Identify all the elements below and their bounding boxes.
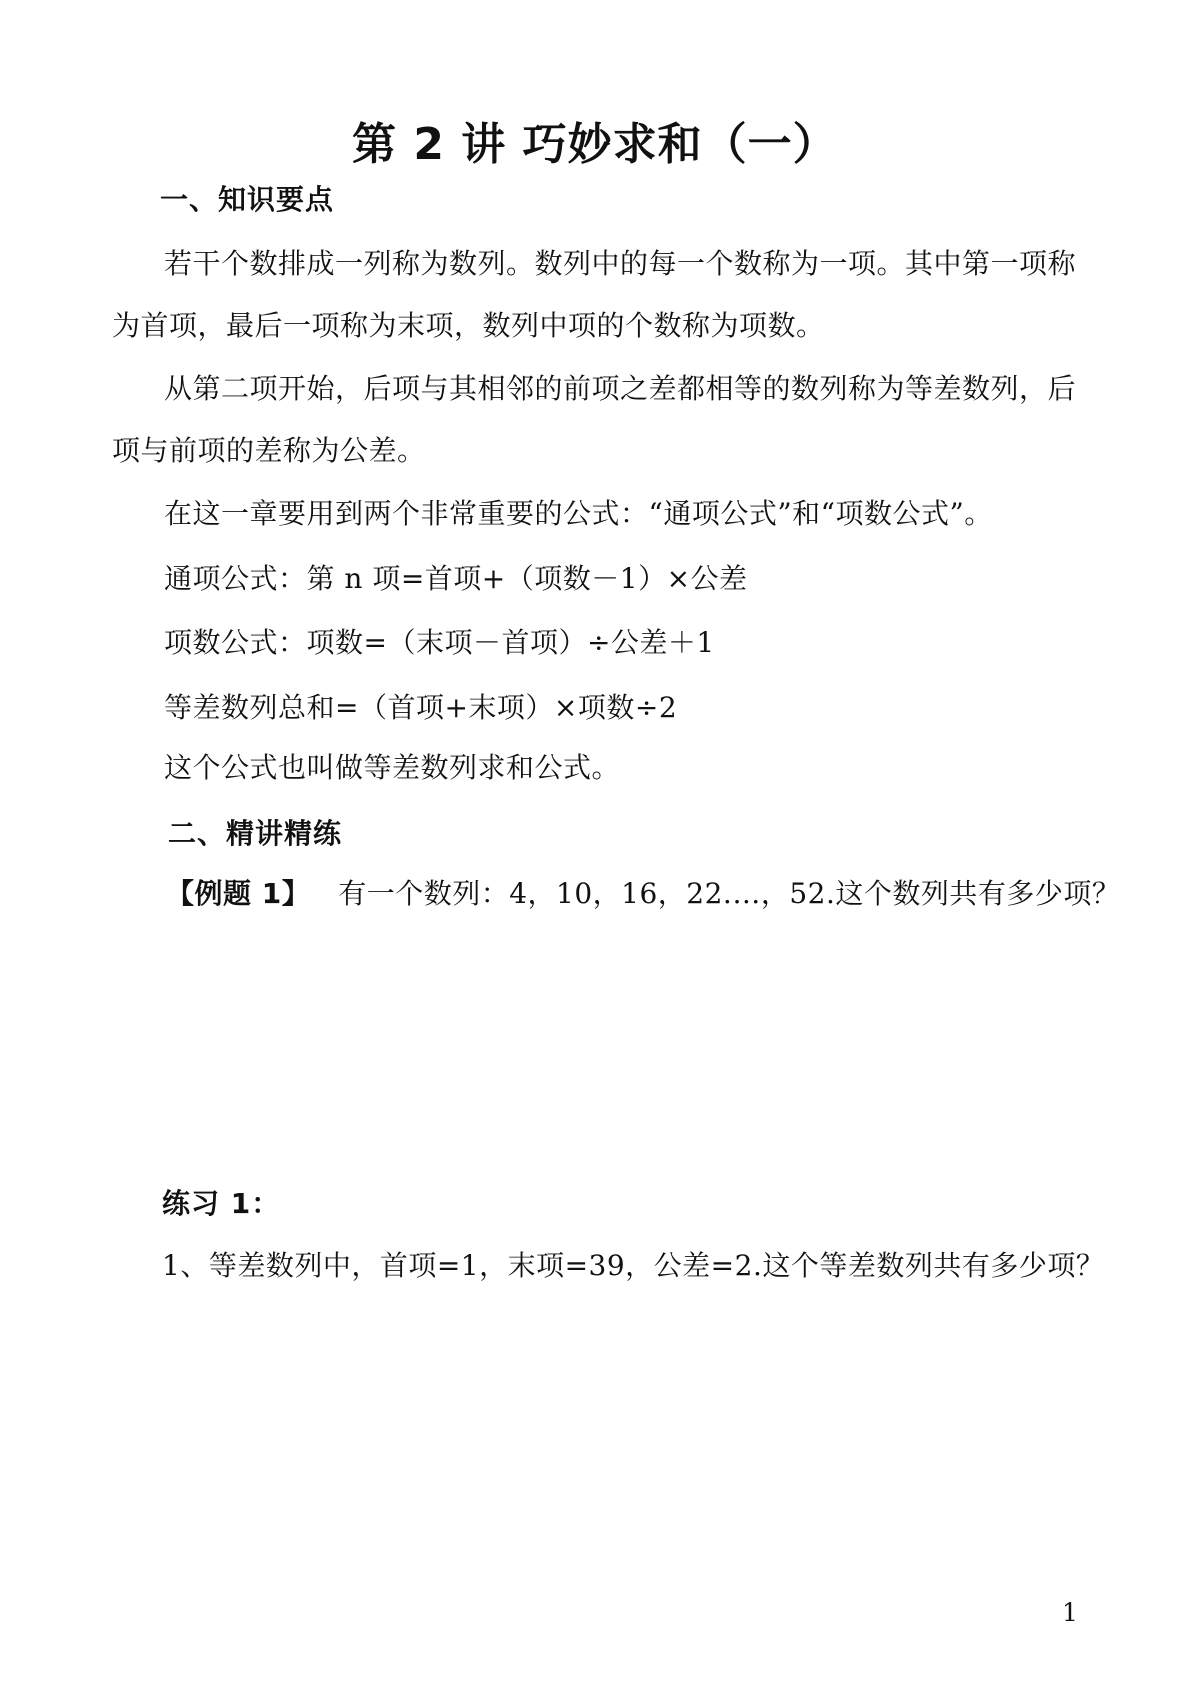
knowledge-paragraph-line: 从第二项开始，后项与其相邻的前项之差都相等的数列称为等差数列，后 — [164, 371, 1076, 406]
formula-note: 这个公式也叫做等差数列求和公式。 — [164, 750, 620, 785]
formula-general-term: 通项公式：第 n 项=首项+（项数－1）×公差 — [164, 561, 748, 596]
knowledge-paragraph-line: 为首项，最后一项称为末项，数列中项的个数称为项数。 — [112, 308, 825, 343]
formula-term-count: 项数公式：项数=（末项－首项）÷公差＋1 — [164, 625, 715, 660]
example-1-text: 有一个数列：4，10，16，22.…，52.这个数列共有多少项？ — [338, 877, 1120, 910]
section-heading-drill: 二、精讲精练 — [168, 816, 342, 851]
knowledge-paragraph-line: 项与前项的差称为公差。 — [112, 433, 426, 468]
page-title: 第 2 讲 巧妙求和（一） — [352, 108, 838, 172]
example-1-label: 【例题 1】 — [166, 877, 310, 910]
formula-series-sum: 等差数列总和=（首项+末项）×项数÷2 — [164, 690, 677, 725]
knowledge-paragraph-line: 若干个数排成一列称为数列。数列中的每一个数称为一项。其中第一项称 — [164, 246, 1076, 281]
page-number: 1 — [1062, 1598, 1078, 1627]
exercise-heading: 练习 1： — [162, 1186, 280, 1221]
example-1: 【例题 1】有一个数列：4，10，16，22.…，52.这个数列共有多少项？ — [166, 876, 1120, 911]
knowledge-paragraph-line: 在这一章要用到两个非常重要的公式：“通项公式”和“项数公式”。 — [164, 496, 993, 531]
exercise-problem-1: 1、等差数列中，首项=1，末项=39，公差=2.这个等差数列共有多少项？ — [162, 1248, 1104, 1283]
section-heading-knowledge: 一、知识要点 — [160, 182, 334, 217]
document-page: 第 2 讲 巧妙求和（一） 一、知识要点 若干个数排成一列称为数列。数列中的每一… — [0, 0, 1191, 1684]
